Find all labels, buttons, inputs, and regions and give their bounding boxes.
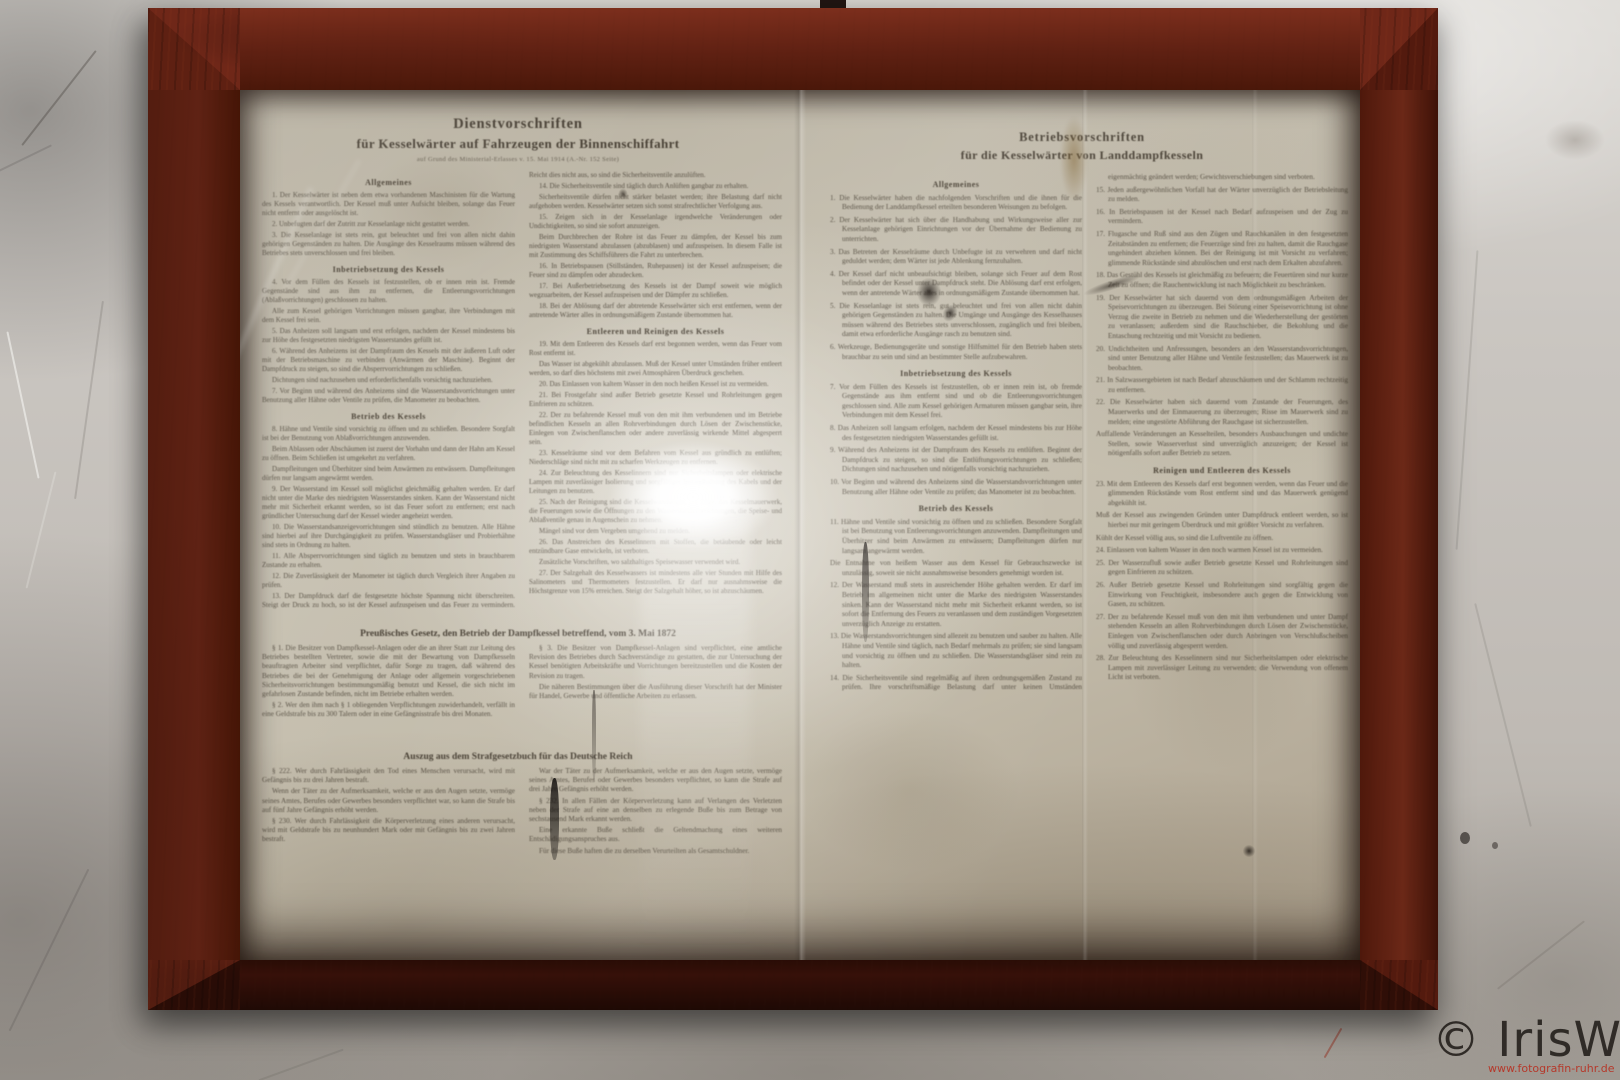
paragraph: 3. Die Kesselanlage ist stets rein, gut … [262,231,515,258]
right-page-header: Betriebsvorschriften für die Kesselwärte… [804,90,1360,163]
paragraph: 18. Das Gestühl des Kessels ist gleichmä… [1096,271,1348,290]
paragraph: 6. Während des Anheizens ist der Dampfra… [262,347,515,374]
framed-document: Dienstvorschriften für Kesselwärter auf … [240,90,1360,960]
paragraph: 21. In Salzwassergebieten ist nach Bedar… [1096,376,1348,395]
right-page-columns: Allgemeines1. Die Kesselwärter haben die… [830,173,1348,873]
paragraph: 27. Der zu befahrende Kessel muß von den… [1096,613,1348,651]
paragraph: Die näheren Bestimmungen über die Ausfüh… [529,683,782,701]
paragraph: § 1. Die Besitzer von Dampfkessel-Anlage… [262,644,515,699]
paragraph: 1. Die Kesselwärter haben die nachfolgen… [830,194,1082,213]
paragraph: Alle zum Kessel gehörigen Vorrichtungen … [262,307,515,325]
paragraph: 7. Vor dem Füllen des Kessels ist festzu… [830,383,1082,421]
paragraph: 23. Kesselräume sind vor dem Befahren vo… [529,449,782,467]
paragraph: § 222. Wer durch Fahrlässigkeit den Tod … [262,767,515,785]
wall-crack [1474,603,1532,827]
paragraph: 22. Der zu befahrende Kessel muß von den… [529,411,782,447]
paragraph: 24. Zur Beleuchtung des Kesselinnern sin… [529,469,782,496]
paragraph: 12. Der Wasserstand muß stets in ausreic… [830,581,1082,629]
paragraph: Auffallende Veränderungen an Kesselteile… [1096,430,1348,459]
paragraph: 5. Die Kesselanlage ist stets rein, gut … [830,302,1082,340]
paragraph: 25. Der Wasserzufluß sowie außer Betrieb… [1096,559,1348,578]
paragraph: 1. Der Kesselwärter ist neben dem etwa v… [262,191,515,218]
paragraph: 12. Die Zuverlässigkeit der Manometer is… [262,572,515,590]
paragraph: Zusätzliche Vorschriften, wo salzhaltige… [529,558,782,567]
section-heading: Inbetriebsetzung des Kessels [832,369,1080,379]
frame-rail-top [240,8,1360,90]
paragraph: Die Entnahme von heißem Wasser aus dem K… [830,559,1082,578]
paragraph: 23. Mit dem Entleeren des Kessels darf e… [1096,480,1348,509]
law-section-columns: § 1. Die Besitzer von Dampfkessel-Anlage… [262,644,782,740]
paragraph: 27. Der Salzgehalt des Kesselwassers ist… [529,569,782,596]
paragraph: 10. Die Wasserstandsanzeigevorrichtungen… [262,523,515,550]
penal-code-heading: Auszug aus dem Strafgesetzbuch für das D… [240,752,796,762]
paragraph: § 230. Wer durch Fahrlässigkeit die Körp… [262,817,515,845]
frame-rail-left [148,90,240,960]
paragraph: Kühlt der Kessel völlig aus, so sind die… [1096,534,1348,544]
wall-crack [1497,920,1585,989]
wall-crack [9,869,90,1032]
law-section-heading: Preußisches Gesetz, den Betrieb der Damp… [240,629,796,639]
section-heading: Reinigen und Entleeren des Kessels [1098,466,1346,476]
paragraph: 11. Alle Absperrvorrichtungen sind tägli… [262,552,515,570]
paragraph: 26. Das Anstreichen des Kesselinnern mit… [529,538,782,556]
paragraph: 8. Hähne und Ventile sind vorsichtig zu … [262,425,515,443]
document-right-page: Betriebsvorschriften für die Kesselwärte… [804,90,1360,960]
wall-stain [1460,832,1470,844]
paragraph: 28. Zur Beleuchtung des Kesselinnern sin… [1096,654,1348,683]
wall-scratch [6,331,39,478]
paragraph: 13. Die Wasserstandsvorrichtungen sind a… [830,632,1082,670]
paragraph: 24. Einlassen von kaltem Wasser in den n… [1096,546,1348,556]
paragraph: 19. Mit dem Entleeren des Kessels darf e… [529,340,782,358]
paragraph: 11. Hähne und Ventile sind vorsichtig zu… [830,518,1082,556]
right-page-title: Betriebsvorschriften [804,130,1360,145]
paragraph: 22. Die Kesselwärter haben sich dauernd … [1096,398,1348,427]
paragraph: 15. Jeden außergewöhnlichen Vorfall hat … [1096,186,1348,205]
paragraph: 21. Bei Frostgefahr sind außer Betrieb g… [529,391,782,409]
paragraph: Dampfleitungen und Überhitzer sind beim … [262,465,515,483]
paragraph: Muß der Kessel aus zwingenden Gründen un… [1096,511,1348,530]
paragraph: 26. Außer Betrieb gesetzte Kessel und Ro… [1096,581,1348,610]
section-heading: Betrieb des Kessels [832,504,1080,514]
section-heading: Allgemeines [264,178,513,187]
left-page-source-note: auf Grund des Ministerial-Erlasses v. 15… [240,156,796,163]
section-heading: Entleeren und Reinigen des Kessels [531,327,780,336]
paragraph: 5. Das Anheizen soll langsam und erst er… [262,327,515,345]
paragraph: 25. Nach der Reinigung sind die Kesselwa… [529,498,782,525]
paragraph: 20. Undichtheiten und Anfressungen, beso… [1096,345,1348,374]
paragraph: 2. Unbefugten darf der Zutritt zur Kesse… [262,220,515,229]
paragraph: 17. Flugasche und Ruß sind aus den Zügen… [1096,230,1348,268]
right-page-subtitle-line: für die Kesselwärter von Landdampfkessel… [804,148,1360,163]
paragraph: 9. Der Wasserstand im Kessel soll möglic… [262,485,515,521]
paragraph: Eine erkannte Buße schließt die Geltendm… [529,826,782,844]
paragraph: 4. Vor dem Füllen des Kessels ist festzu… [262,278,515,305]
wall-crack [0,144,52,185]
paragraph: 7. Vor Beginn und während des Anheizens … [262,387,515,405]
paragraph: War der Täter zu der Aufmerksamkeit, wel… [529,767,782,795]
paragraph: 16. In Betriebspausen ist der Kessel nac… [1096,208,1348,227]
paragraph: 4. Der Kessel darf nicht unbeaufsichtigt… [830,270,1082,299]
watermark-copyright: © IrisWie [1432,1012,1620,1068]
section-heading: Betrieb des Kessels [264,412,513,421]
paragraph: 17. Bei Außerbetriebsetzung des Kessels … [529,282,782,300]
paragraph: 3. Das Betreten der Kesselräume durch Un… [830,248,1082,267]
paragraph: 6. Werkzeuge, Bedienungsgeräte und sonst… [830,343,1082,362]
paragraph: Beim Durchbrechen der Rohre ist das Feue… [529,233,782,260]
wall-scratch [26,472,57,589]
left-page-subtitle-line: für Kesselwärter auf Fahrzeugen der Binn… [240,136,796,152]
wall-crack [74,301,104,499]
photo-scene: Dienstvorschriften für Kesselwärter auf … [0,0,1620,1080]
wall-stain [1545,120,1605,160]
picture-frame: Dienstvorschriften für Kesselwärter auf … [148,8,1438,1010]
paragraph: 2. Der Kesselwärter hat sich über die Ha… [830,216,1082,245]
paragraph: Sicherheitsventile dürfen nicht stärker … [529,193,782,211]
paragraph: Beim Ablassen oder Abschäumen ist zuerst… [262,445,515,463]
paragraph: Wenn der Täter zu der Aufmerksamkeit, we… [262,787,515,815]
paragraph: Das Wasser ist abgekühlt abzulassen. Muß… [529,360,782,378]
wall-crack [1456,250,1479,549]
wall-crack [21,50,96,146]
frame-rail-bottom [240,960,1360,1010]
paragraph: 9. Während des Anheizens ist der Dampfra… [830,446,1082,475]
section-heading: Allgemeines [832,180,1080,190]
paragraph: 15. Zeigen sich in der Kesselanlage irge… [529,213,782,231]
document-left-page: Dienstvorschriften für Kesselwärter auf … [240,90,796,960]
left-page-columns: Allgemeines1. Der Kesselwärter ist neben… [262,171,782,617]
paragraph: Dichtungen sind nachzusehen und erforder… [262,376,515,385]
paragraph: 10. Vor Beginn und während des Anheizens… [830,478,1082,497]
paragraph: § 232. In allen Fällen der Körperverletz… [529,797,782,825]
frame-rail-right [1360,90,1438,960]
wall-crack [258,1049,343,1080]
paragraph: § 3. Die Besitzer von Dampfkessel-Anlage… [529,644,782,681]
paragraph: 18. Bei der Ablösung darf der abtretende… [529,302,782,320]
left-page-title: Dienstvorschriften [240,116,796,133]
paragraph: Mängel sind vor dem Vergeben umgehend zu… [529,527,782,536]
wall-stain [1492,842,1498,849]
paragraph: 8. Das Anheizen soll langsam erfolgen, n… [830,424,1082,443]
penal-code-columns: § 222. Wer durch Fahrlässigkeit den Tod … [262,767,782,883]
paragraph: 20. Das Einlassen von kaltem Wasser in d… [529,380,782,389]
section-heading: Inbetriebsetzung des Kessels [264,265,513,274]
paragraph: 16. In Betriebspausen (Stillständen, Ruh… [529,262,782,280]
paragraph: 19. Der Kesselwärter hat sich dauernd vo… [1096,294,1348,342]
wall-crack [1324,1028,1343,1058]
paragraph: 14. Die Sicherheitsventile sind täglich … [529,182,782,191]
paragraph: Für diese Buße haften die zu derselben V… [529,847,782,856]
watermark-url: www.fotografin-ruhr.de [1488,1062,1614,1075]
paragraph: § 2. Wer den ihm nach § 1 obliegenden Ve… [262,701,515,719]
left-page-header: Dienstvorschriften für Kesselwärter auf … [240,90,796,163]
